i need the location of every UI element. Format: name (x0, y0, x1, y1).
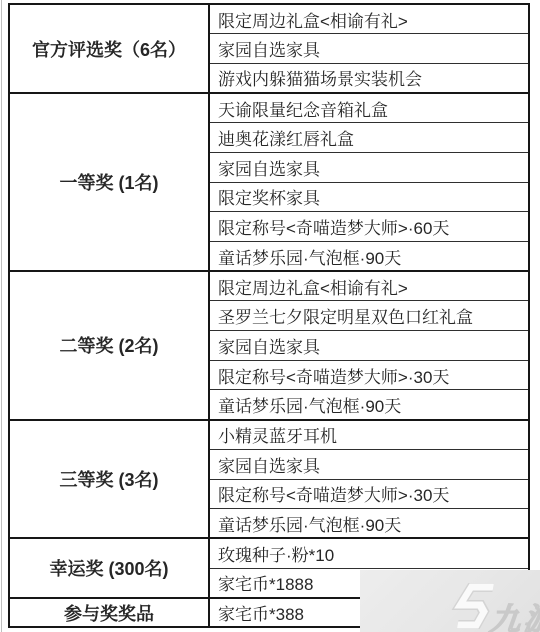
prize-cell: 限定周边礼盒<相谕有礼> (209, 4, 529, 34)
prize-cell: 童话梦乐园·气泡框·90天 (209, 509, 529, 539)
table-row: 二等奖 (2名) 限定周边礼盒<相谕有礼> (9, 271, 529, 301)
tier-cell: 二等奖 (2名) (9, 271, 209, 419)
tier-cell: 一等奖 (1名) (9, 93, 209, 271)
tier-cell: 官方评选奖（6名） (9, 4, 209, 93)
tier-cell: 参与奖奖品 (9, 598, 209, 628)
prize-cell: 童话梦乐园·气泡框·90天 (209, 390, 529, 420)
prize-cell: 家园自选家具 (209, 449, 529, 479)
prize-cell: 限定称号<奇喵造梦大师>·60天 (209, 212, 529, 242)
prize-cell: 限定周边礼盒<相谕有礼> (209, 271, 529, 301)
table-row: 官方评选奖（6名） 限定周边礼盒<相谕有礼> (9, 4, 529, 34)
watermark-box: 九游 (360, 570, 540, 632)
table-row: 一等奖 (1名) 天谕限量纪念音箱礼盒 (9, 93, 529, 123)
tier-cell: 三等奖 (3名) (9, 420, 209, 539)
prize-cell: 小精灵蓝牙耳机 (209, 420, 529, 450)
prize-table: 官方评选奖（6名） 限定周边礼盒<相谕有礼> 家园自选家具 游戏内躲猫猫场景实装… (8, 3, 530, 628)
prize-cell: 游戏内躲猫猫场景实装机会 (209, 63, 529, 93)
prize-cell: 童话梦乐园·气泡框·90天 (209, 242, 529, 272)
prize-cell: 迪奥花漾红唇礼盒 (209, 123, 529, 153)
watermark-site-name: 九游 (488, 594, 540, 632)
cropped-edge-line (1, 0, 2, 632)
page: 官方评选奖（6名） 限定周边礼盒<相谕有礼> 家园自选家具 游戏内躲猫猫场景实装… (0, 0, 540, 632)
prize-cell: 圣罗兰七夕限定明星双色口红礼盒 (209, 301, 529, 331)
prize-cell: 限定称号<奇喵造梦大师>·30天 (209, 360, 529, 390)
prize-cell: 玫瑰种子·粉*10 (209, 538, 529, 568)
prize-cell: 家园自选家具 (209, 34, 529, 64)
tier-cell: 幸运奖 (300名) (9, 538, 209, 597)
prize-cell: 天谕限量纪念音箱礼盒 (209, 93, 529, 123)
prize-cell: 限定称号<奇喵造梦大师>·30天 (209, 479, 529, 509)
prize-cell: 家园自选家具 (209, 152, 529, 182)
table-row: 三等奖 (3名) 小精灵蓝牙耳机 (9, 420, 529, 450)
prize-cell: 家园自选家具 (209, 331, 529, 361)
table-row: 幸运奖 (300名) 玫瑰种子·粉*10 (9, 538, 529, 568)
prize-cell: 限定奖杯家具 (209, 182, 529, 212)
